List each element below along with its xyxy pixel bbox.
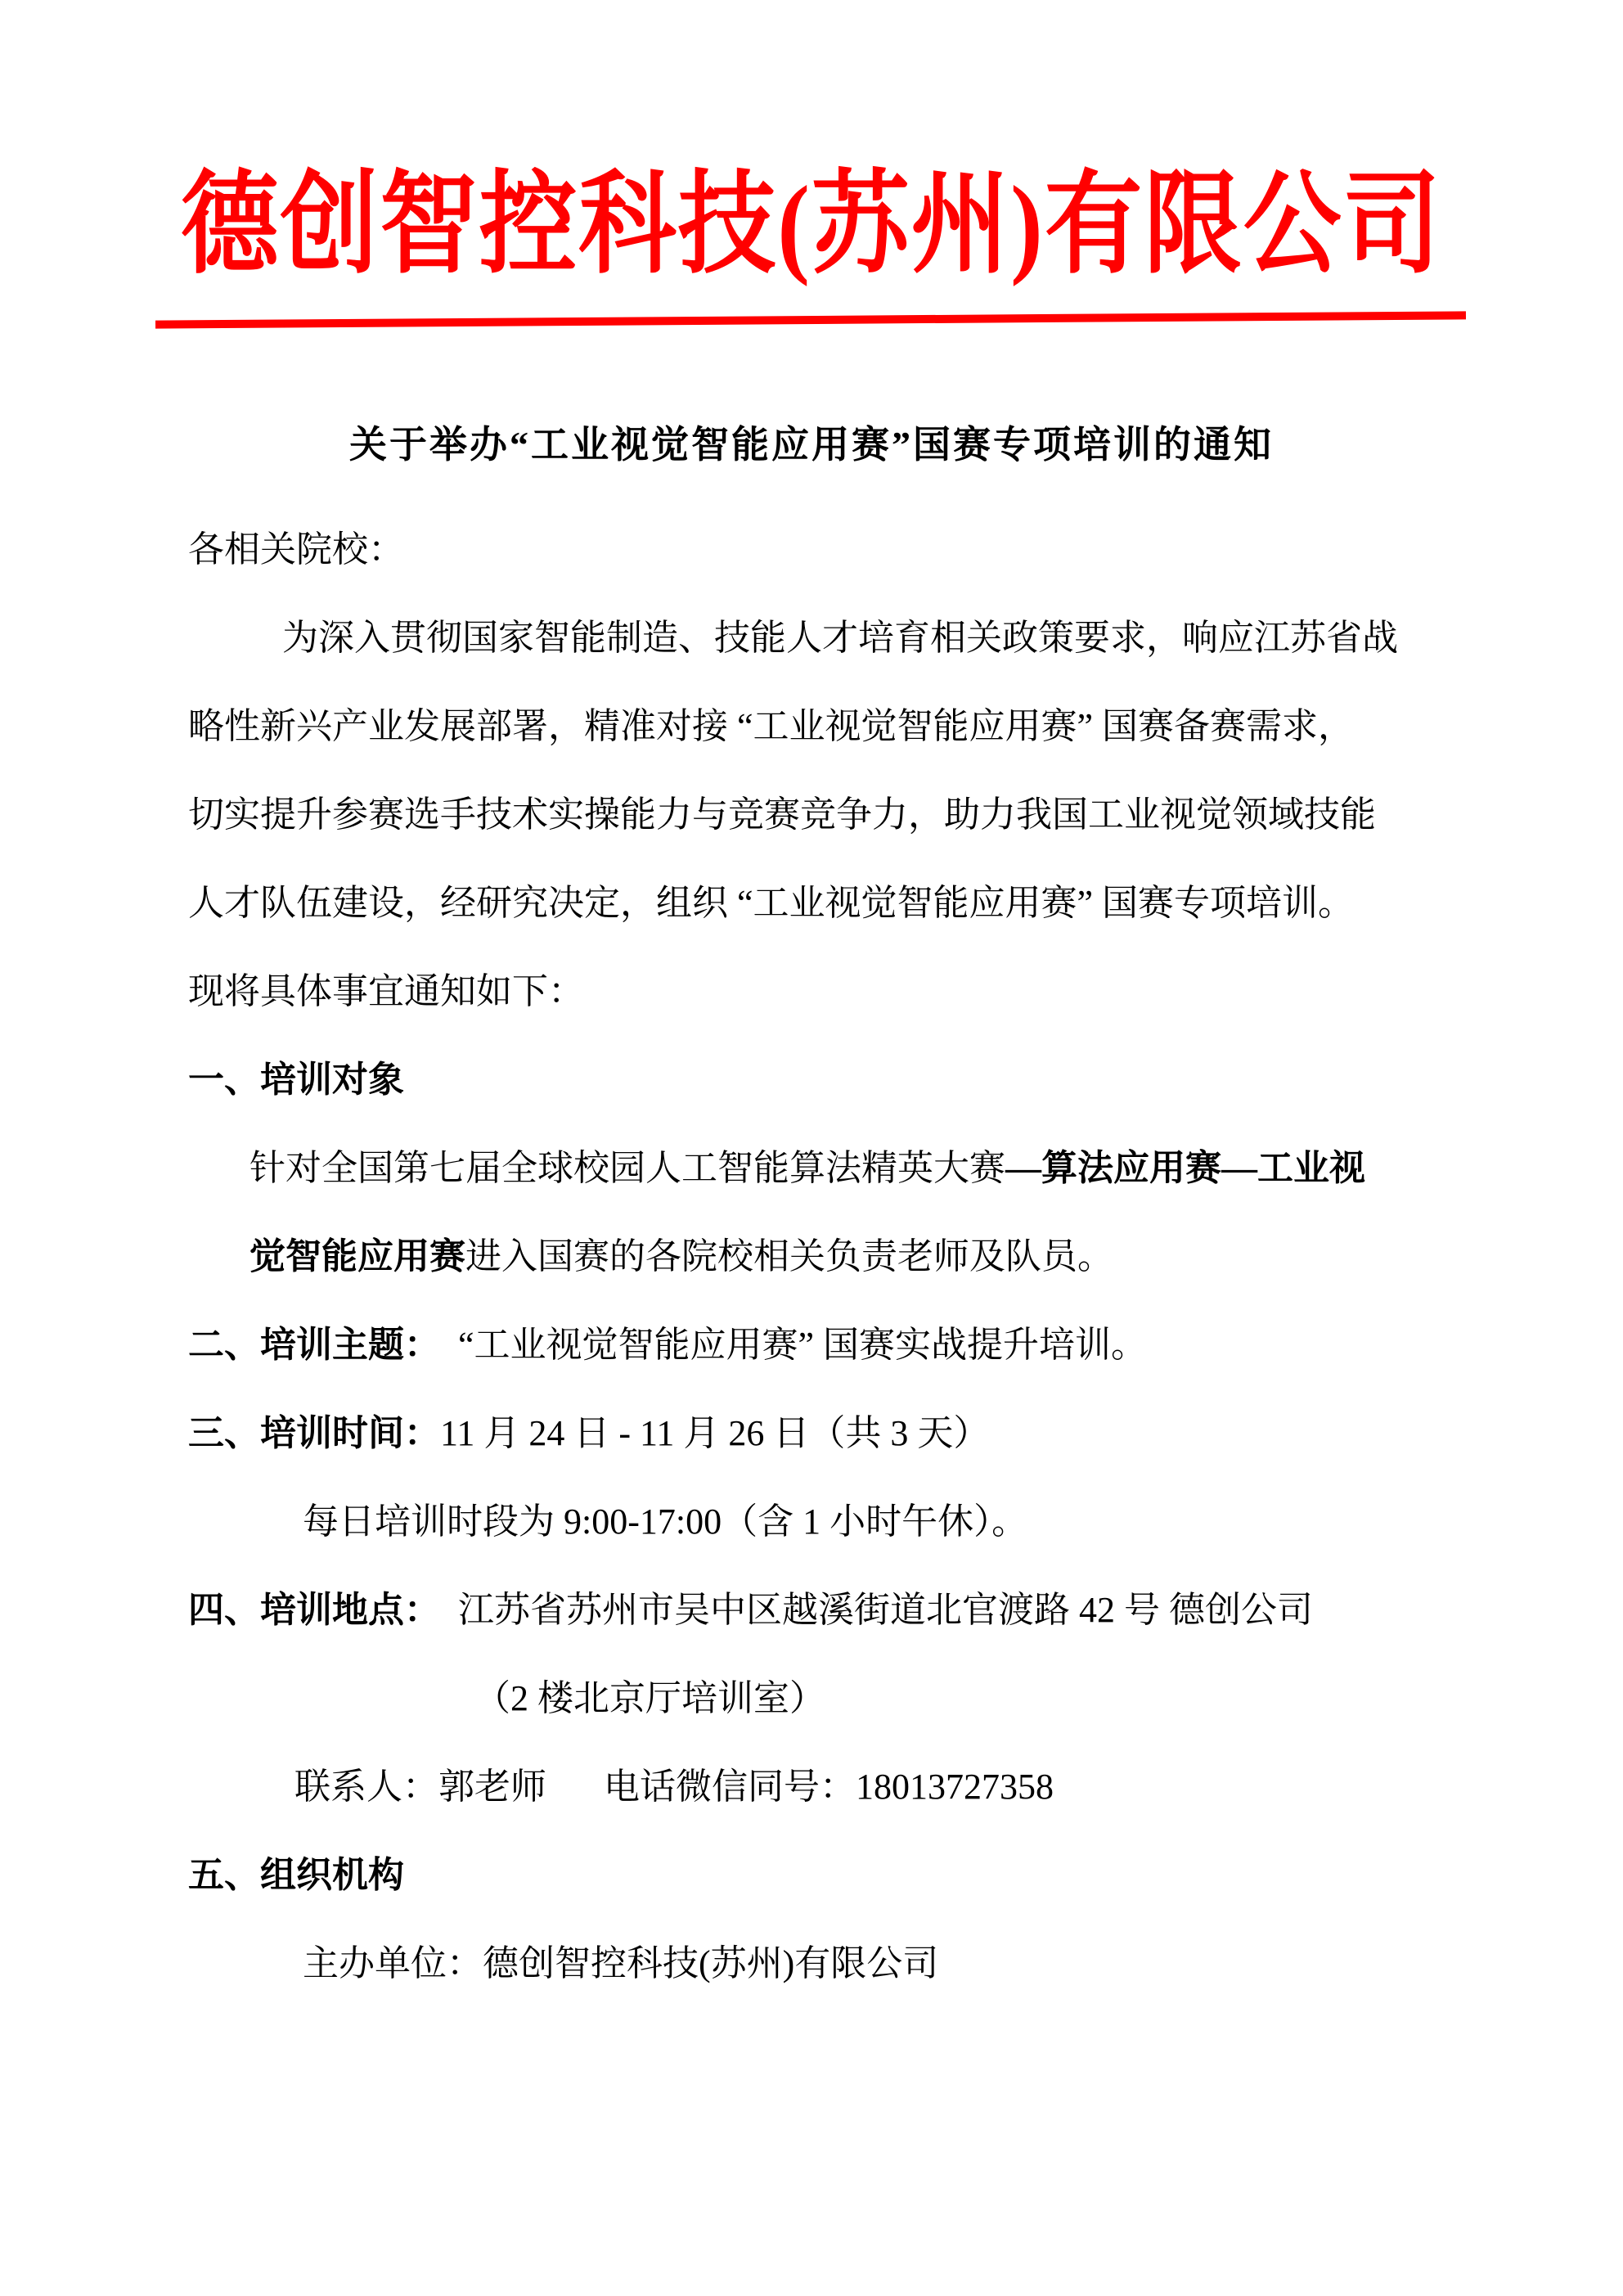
section-3-schedule-line: 每日培训时段为 9:00-17:00（含 1 小时午休）。 — [188, 1478, 1452, 1566]
section-4-line: 四、培训地点：江苏省苏州市吴中区越溪街道北官渡路 42 号 德创公司 — [188, 1566, 1452, 1654]
organizer-line: 主办单位：德创智控科技(苏州)有限公司 — [188, 1920, 1452, 2008]
section-1-line-2-regular: 进入国赛的各院校相关负责老师及队员。 — [465, 1236, 1113, 1276]
section-4-text: 江苏省苏州市吴中区越溪街道北官渡路 42 号 德创公司 — [458, 1590, 1313, 1630]
section-1-line-2: 觉智能应用赛进入国赛的各院校相关负责老师及队员。 — [188, 1213, 1452, 1301]
section-1-heading: 一、培训对象 — [188, 1036, 1452, 1124]
section-1-line-1-bold: —算法应用赛—工业视 — [1005, 1148, 1365, 1188]
letterhead-divider-rule — [155, 311, 1466, 328]
intro-paragraph-line-3: 切实提升参赛选手技术实操能力与竞赛竞争力，助力我国工业视觉领域技能 — [188, 771, 1452, 859]
section-4-label: 四、培训地点： — [188, 1590, 440, 1630]
section-2-text: “工业视觉智能应用赛” 国赛实战提升培训。 — [458, 1325, 1147, 1365]
document-body: 各相关院校： 为深入贯彻国家智能制造、技能人才培育相关政策要求，响应江苏省战 略… — [188, 506, 1452, 2008]
section-4-room-line: （2 楼北京厅培训室） — [188, 1654, 1452, 1743]
section-5-heading: 五、组织机构 — [188, 1831, 1452, 1920]
contact-person: 联系人：郭老师 — [294, 1767, 546, 1807]
section-2-line: 二、培训主题：“工业视觉智能应用赛” 国赛实战提升培训。 — [188, 1301, 1452, 1389]
intro-paragraph-line-2: 略性新兴产业发展部署，精准对接 “工业视觉智能应用赛” 国赛备赛需求， — [188, 682, 1452, 771]
intro-paragraph-line-5: 现将具体事宜通知如下： — [188, 948, 1452, 1036]
section-1-line-1: 针对全国第七届全球校园人工智能算法精英大赛—算法应用赛—工业视 — [188, 1124, 1452, 1213]
section-3-line: 三、培训时间：11 月 24 日 - 11 月 26 日（共 3 天） — [188, 1389, 1452, 1478]
section-3-text: 11 月 24 日 - 11 月 26 日（共 3 天） — [440, 1413, 989, 1453]
intro-paragraph-line-4: 人才队伍建设，经研究决定，组织 “工业视觉智能应用赛” 国赛专项培训。 — [188, 859, 1452, 948]
document-title: 关于举办“工业视觉智能应用赛”国赛专项培训的通知 — [0, 419, 1623, 471]
intro-paragraph-line-1: 为深入贯彻国家智能制造、技能人才培育相关政策要求，响应江苏省战 — [188, 594, 1452, 682]
contact-phone: 电话微信同号：18013727358 — [604, 1767, 1054, 1807]
company-letterhead: 德创智控科技(苏州)有限公司 — [16, 152, 1607, 299]
section-2-label: 二、培训主题： — [188, 1325, 440, 1365]
section-1-line-1-regular: 针对全国第七届全球校园人工智能算法精英大赛 — [250, 1148, 1005, 1188]
contact-line: 联系人：郭老师电话微信同号：18013727358 — [188, 1743, 1452, 1831]
section-3-label: 三、培训时间： — [188, 1413, 440, 1453]
section-1-line-2-bold: 觉智能应用赛 — [250, 1236, 465, 1276]
greeting-line: 各相关院校： — [188, 506, 1452, 594]
